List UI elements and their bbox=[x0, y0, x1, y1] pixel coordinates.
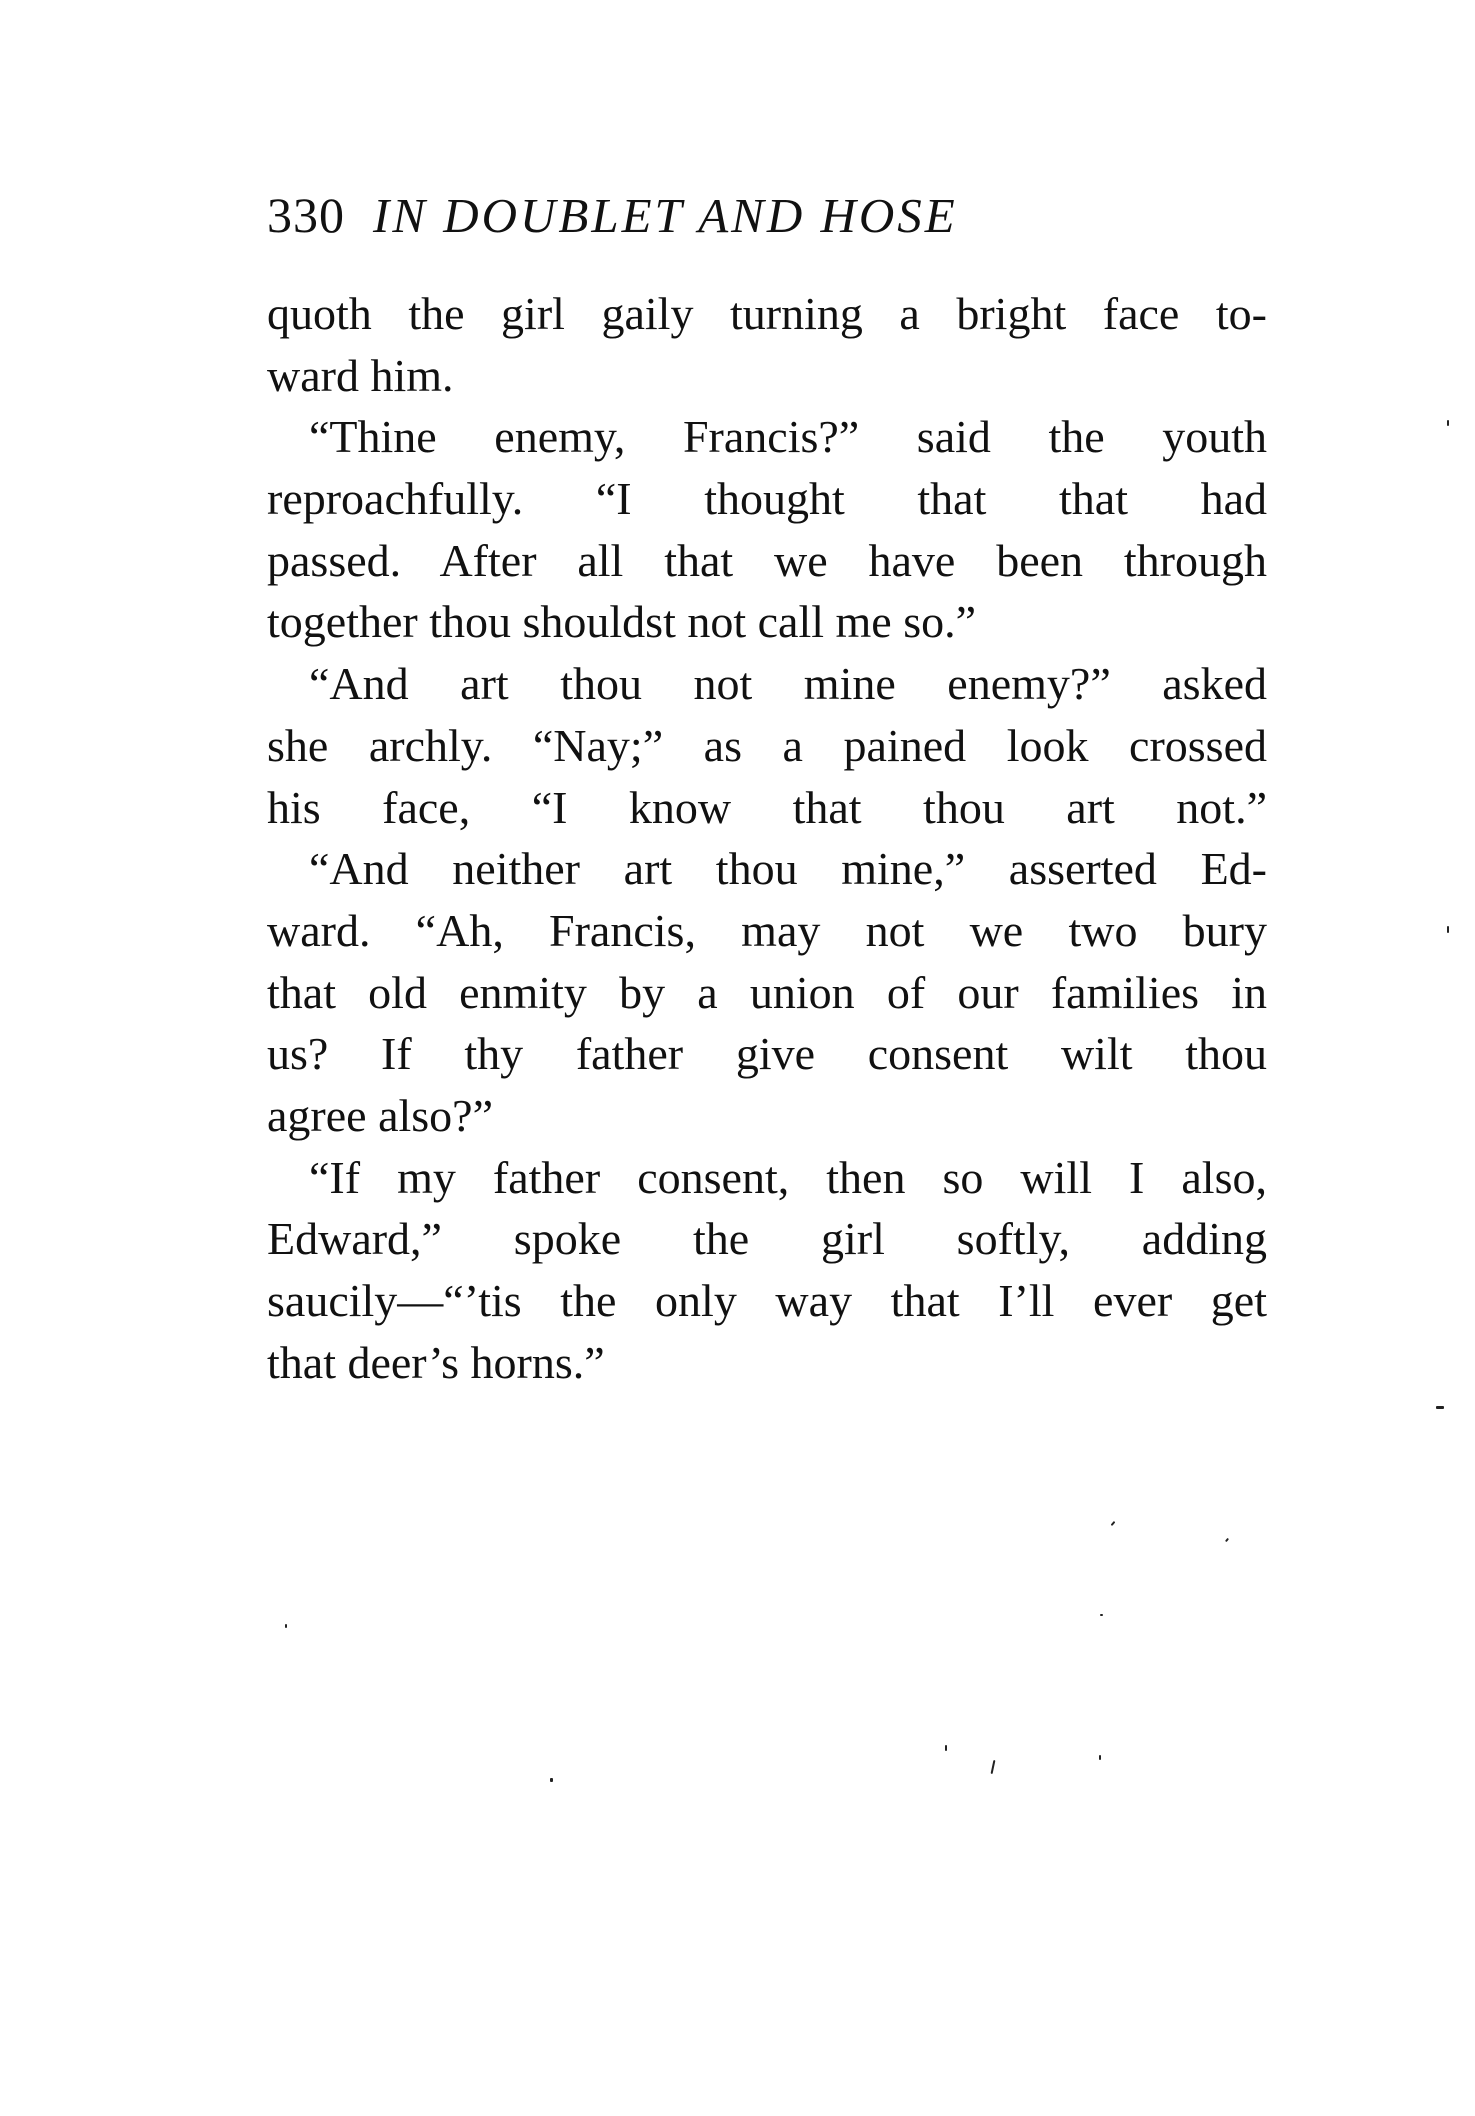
text-line: ward. “Ah, Francis, may not we two bury bbox=[267, 900, 1267, 962]
text-line: “And art thou not mine enemy?” asked bbox=[267, 653, 1267, 715]
book-page: 330 IN DOUBLET AND HOSE quoth the girl g… bbox=[0, 0, 1475, 2116]
text-line: ward him. bbox=[267, 345, 1267, 407]
scan-speck bbox=[1100, 1614, 1103, 1616]
scan-speck bbox=[285, 1624, 287, 1628]
text-line: together thou shouldst not call me so.” bbox=[267, 591, 1267, 653]
text-line: his face, “I know that thou art not.” bbox=[267, 777, 1267, 839]
scan-speck bbox=[1099, 1755, 1101, 1760]
running-head: 330 IN DOUBLET AND HOSE bbox=[267, 186, 1267, 248]
text-line: us? If thy father give consent wilt thou bbox=[267, 1023, 1267, 1085]
scan-speck bbox=[550, 1778, 553, 1782]
scan-speck bbox=[1447, 926, 1449, 933]
scan-speck bbox=[1436, 1406, 1444, 1409]
text-line: passed. After all that we have been thro… bbox=[267, 530, 1267, 592]
scan-speck bbox=[991, 1760, 996, 1774]
book-title: IN DOUBLET AND HOSE bbox=[373, 188, 958, 243]
text-line: saucily—“’tis the only way that I’ll eve… bbox=[267, 1270, 1267, 1332]
text-line: that old enmity by a union of our famili… bbox=[267, 962, 1267, 1024]
text-line: she archly. “Nay;” as a pained look cros… bbox=[267, 715, 1267, 777]
scan-speck bbox=[1111, 1521, 1116, 1526]
body-text: quoth the girl gaily turning a bright fa… bbox=[267, 283, 1267, 1393]
scan-speck bbox=[1225, 1538, 1229, 1542]
text-line: quoth the girl gaily turning a bright fa… bbox=[267, 283, 1267, 345]
text-line: Edward,” spoke the girl softly, adding bbox=[267, 1208, 1267, 1270]
scan-speck bbox=[1447, 420, 1449, 426]
text-line: that deer’s horns.” bbox=[267, 1332, 1267, 1394]
page-number: 330 bbox=[267, 187, 345, 243]
scan-speck bbox=[945, 1745, 947, 1751]
text-line: agree also?” bbox=[267, 1085, 1267, 1147]
text-line: “If my father consent, then so will I al… bbox=[267, 1147, 1267, 1209]
text-line: reproachfully. “I thought that that had bbox=[267, 468, 1267, 530]
text-line: “And neither art thou mine,” asserted Ed… bbox=[267, 838, 1267, 900]
text-line: “Thine enemy, Francis?” said the youth bbox=[267, 406, 1267, 468]
